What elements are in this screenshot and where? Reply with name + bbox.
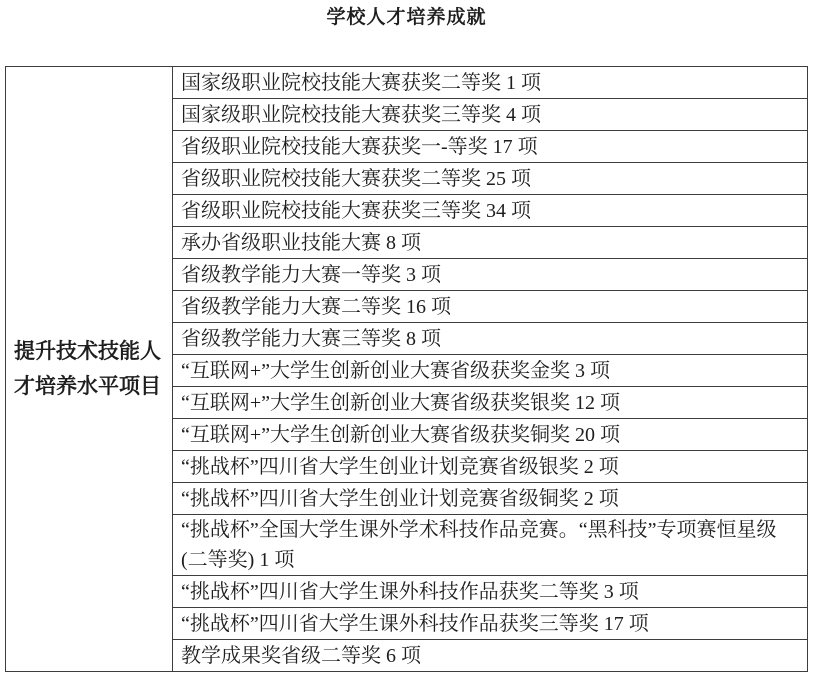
table-row-cell: “挑战杯”四川省大学生创业计划竞赛省级铜奖 2 项 <box>173 483 808 515</box>
table-row-cell: “互联网+”大学生创新创业大赛省级获奖银奖 12 项 <box>173 387 808 419</box>
table-row-cell: 省级职业院校技能大赛获奖一-等奖 17 项 <box>173 131 808 163</box>
table-row-cell: 省级教学能力大赛三等奖 8 项 <box>173 323 808 355</box>
table-row-cell: “互联网+”大学生创新创业大赛省级获奖金奖 3 项 <box>173 355 808 387</box>
table-row-cell: 省级教学能力大赛一等奖 3 项 <box>173 259 808 291</box>
table-row-cell: 承办省级职业技能大赛 8 项 <box>173 227 808 259</box>
table-row-cell: 省级教学能力大赛二等奖 16 项 <box>173 291 808 323</box>
table-row-cell: “挑战杯”四川省大学生创业计划竞赛省级银奖 2 项 <box>173 451 808 483</box>
table-row-cell: 省级职业院校技能大赛获奖二等奖 25 项 <box>173 163 808 195</box>
document-page: 学校人才培养成就 提升技术技能人才培养水平项目 国家级职业院校技能大赛获奖二等奖… <box>0 6 813 680</box>
table-row-cell: 国家级职业院校技能大赛获奖二等奖 1 项 <box>173 67 808 99</box>
table-row-cell: “互联网+”大学生创新创业大赛省级获奖铜奖 20 项 <box>173 419 808 451</box>
category-cell: 提升技术技能人才培养水平项目 <box>6 67 173 672</box>
table-row-cell: “挑战杯”四川省大学生课外科技作品获奖三等奖 17 项 <box>173 608 808 640</box>
table-row-cell: 国家级职业院校技能大赛获奖三等奖 4 项 <box>173 99 808 131</box>
table-row-cell: 教学成果奖省级二等奖 6 项 <box>173 640 808 672</box>
achievements-table: 提升技术技能人才培养水平项目 国家级职业院校技能大赛获奖二等奖 1 项 国家级职… <box>5 66 808 672</box>
table-row-cell: “挑战杯”全国大学生课外学术科技作品竞赛。“黑科技”专项赛恒星级(二等奖) 1 … <box>173 515 808 576</box>
table-row-cell: “挑战杯”四川省大学生课外科技作品获奖二等奖 3 项 <box>173 576 808 608</box>
page-title: 学校人才培养成就 <box>0 6 813 30</box>
table-row-cell: 省级职业院校技能大赛获奖三等奖 34 项 <box>173 195 808 227</box>
table-row: 提升技术技能人才培养水平项目 国家级职业院校技能大赛获奖二等奖 1 项 <box>6 67 808 99</box>
